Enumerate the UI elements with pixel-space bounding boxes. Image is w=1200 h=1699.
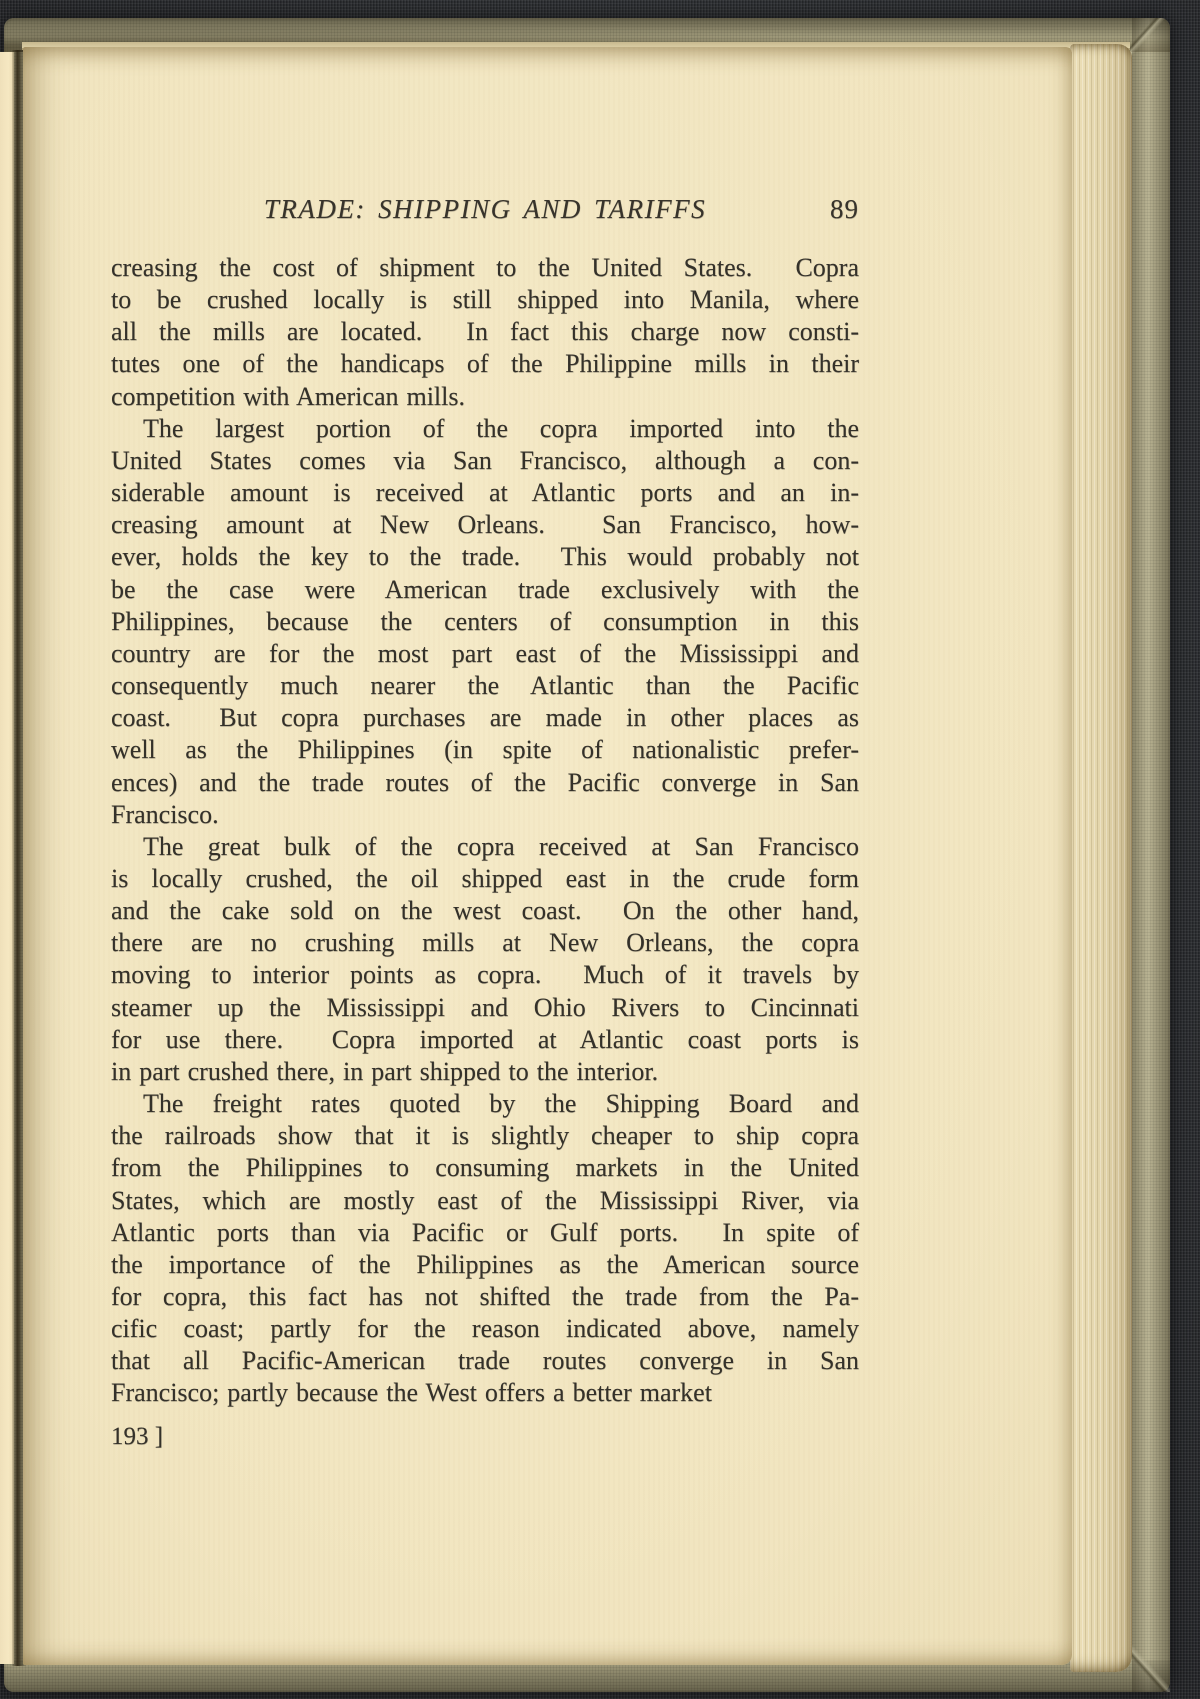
page-number: 89 [830,192,859,226]
text-line: to be crushed locally is still shipped i… [111,284,859,316]
text-line: competition with American mills. [111,381,859,413]
text-line: steamer up the Mississippi and Ohio Rive… [111,992,859,1024]
page-block-fore-edge [1070,44,1132,1672]
text-line: be the case were American trade exclusiv… [111,574,859,606]
text-line: States, which are mostly east of the Mis… [111,1185,859,1217]
text-line: all the mills are located. In fact this … [111,316,859,348]
paragraph: The freight rates quoted by the Shipping… [111,1088,859,1410]
text-line: The freight rates quoted by the Shipping… [111,1088,859,1120]
book-page: TRADE: SHIPPING AND TARIFFS 89 creasing … [23,47,1072,1665]
page-footer: 193 ] [111,1421,859,1453]
text-line: ever, holds the key to the trade. This w… [111,541,859,573]
paragraph: The great bulk of the copra received at … [111,831,859,1088]
text-line: tutes one of the handicaps of the Philip… [111,348,859,380]
text-line: Philippines, because the centers of cons… [111,606,859,638]
text-line: and the cake sold on the west coast. On … [111,895,859,927]
text-line: moving to interior points as copra. Much… [111,959,859,991]
text-line: Atlantic ports than via Pacific or Gulf … [111,1217,859,1249]
text-line: for use there. Copra imported at Atlanti… [111,1024,859,1056]
text-line: the railroads show that it is slightly c… [111,1120,859,1152]
text-line: well as the Philippines (in spite of nat… [111,734,859,766]
text-line: The largest portion of the copra importe… [111,413,859,445]
paragraph: The largest portion of the copra importe… [111,413,859,831]
scan-background: TRADE: SHIPPING AND TARIFFS 89 creasing … [0,0,1200,1699]
text-line: country are for the most part east of th… [111,638,859,670]
text-line: creasing amount at New Orleans. San Fran… [111,509,859,541]
text-line: for copra, this fact has not shifted the… [111,1281,859,1313]
text-line: siderable amount is received at Atlantic… [111,477,859,509]
text-line: United States comes via San Francisco, a… [111,445,859,477]
page-header: TRADE: SHIPPING AND TARIFFS 89 [111,192,859,226]
text-line: there are no crushing mills at New Orlea… [111,927,859,959]
text-line: cific coast; partly for the reason indic… [111,1313,859,1345]
cover-right-shading [1132,18,1170,1692]
text-line: is locally crushed, the oil shipped east… [111,863,859,895]
text-line: ences) and the trade routes of the Pacif… [111,767,859,799]
running-title: TRADE: SHIPPING AND TARIFFS [111,192,859,226]
text-line: from the Philippines to consuming market… [111,1152,859,1184]
text-line: coast. But copra purchases are made in o… [111,702,859,734]
text-line: Francisco; partly because the West offer… [111,1377,859,1409]
body-text: creasing the cost of shipment to the Uni… [111,252,859,1410]
signature-mark: 193 ] [111,1423,163,1450]
text-line: that all Pacific-American trade routes c… [111,1345,859,1377]
text-line: The great bulk of the copra received at … [111,831,859,863]
text-line: creasing the cost of shipment to the Uni… [111,252,859,284]
text-line: the importance of the Philippines as the… [111,1249,859,1281]
paragraph: creasing the cost of shipment to the Uni… [111,252,859,413]
text-line: consequently much nearer the Atlantic th… [111,670,859,702]
text-line: in part crushed there, in part shipped t… [111,1056,859,1088]
text-line: Francisco. [111,799,859,831]
